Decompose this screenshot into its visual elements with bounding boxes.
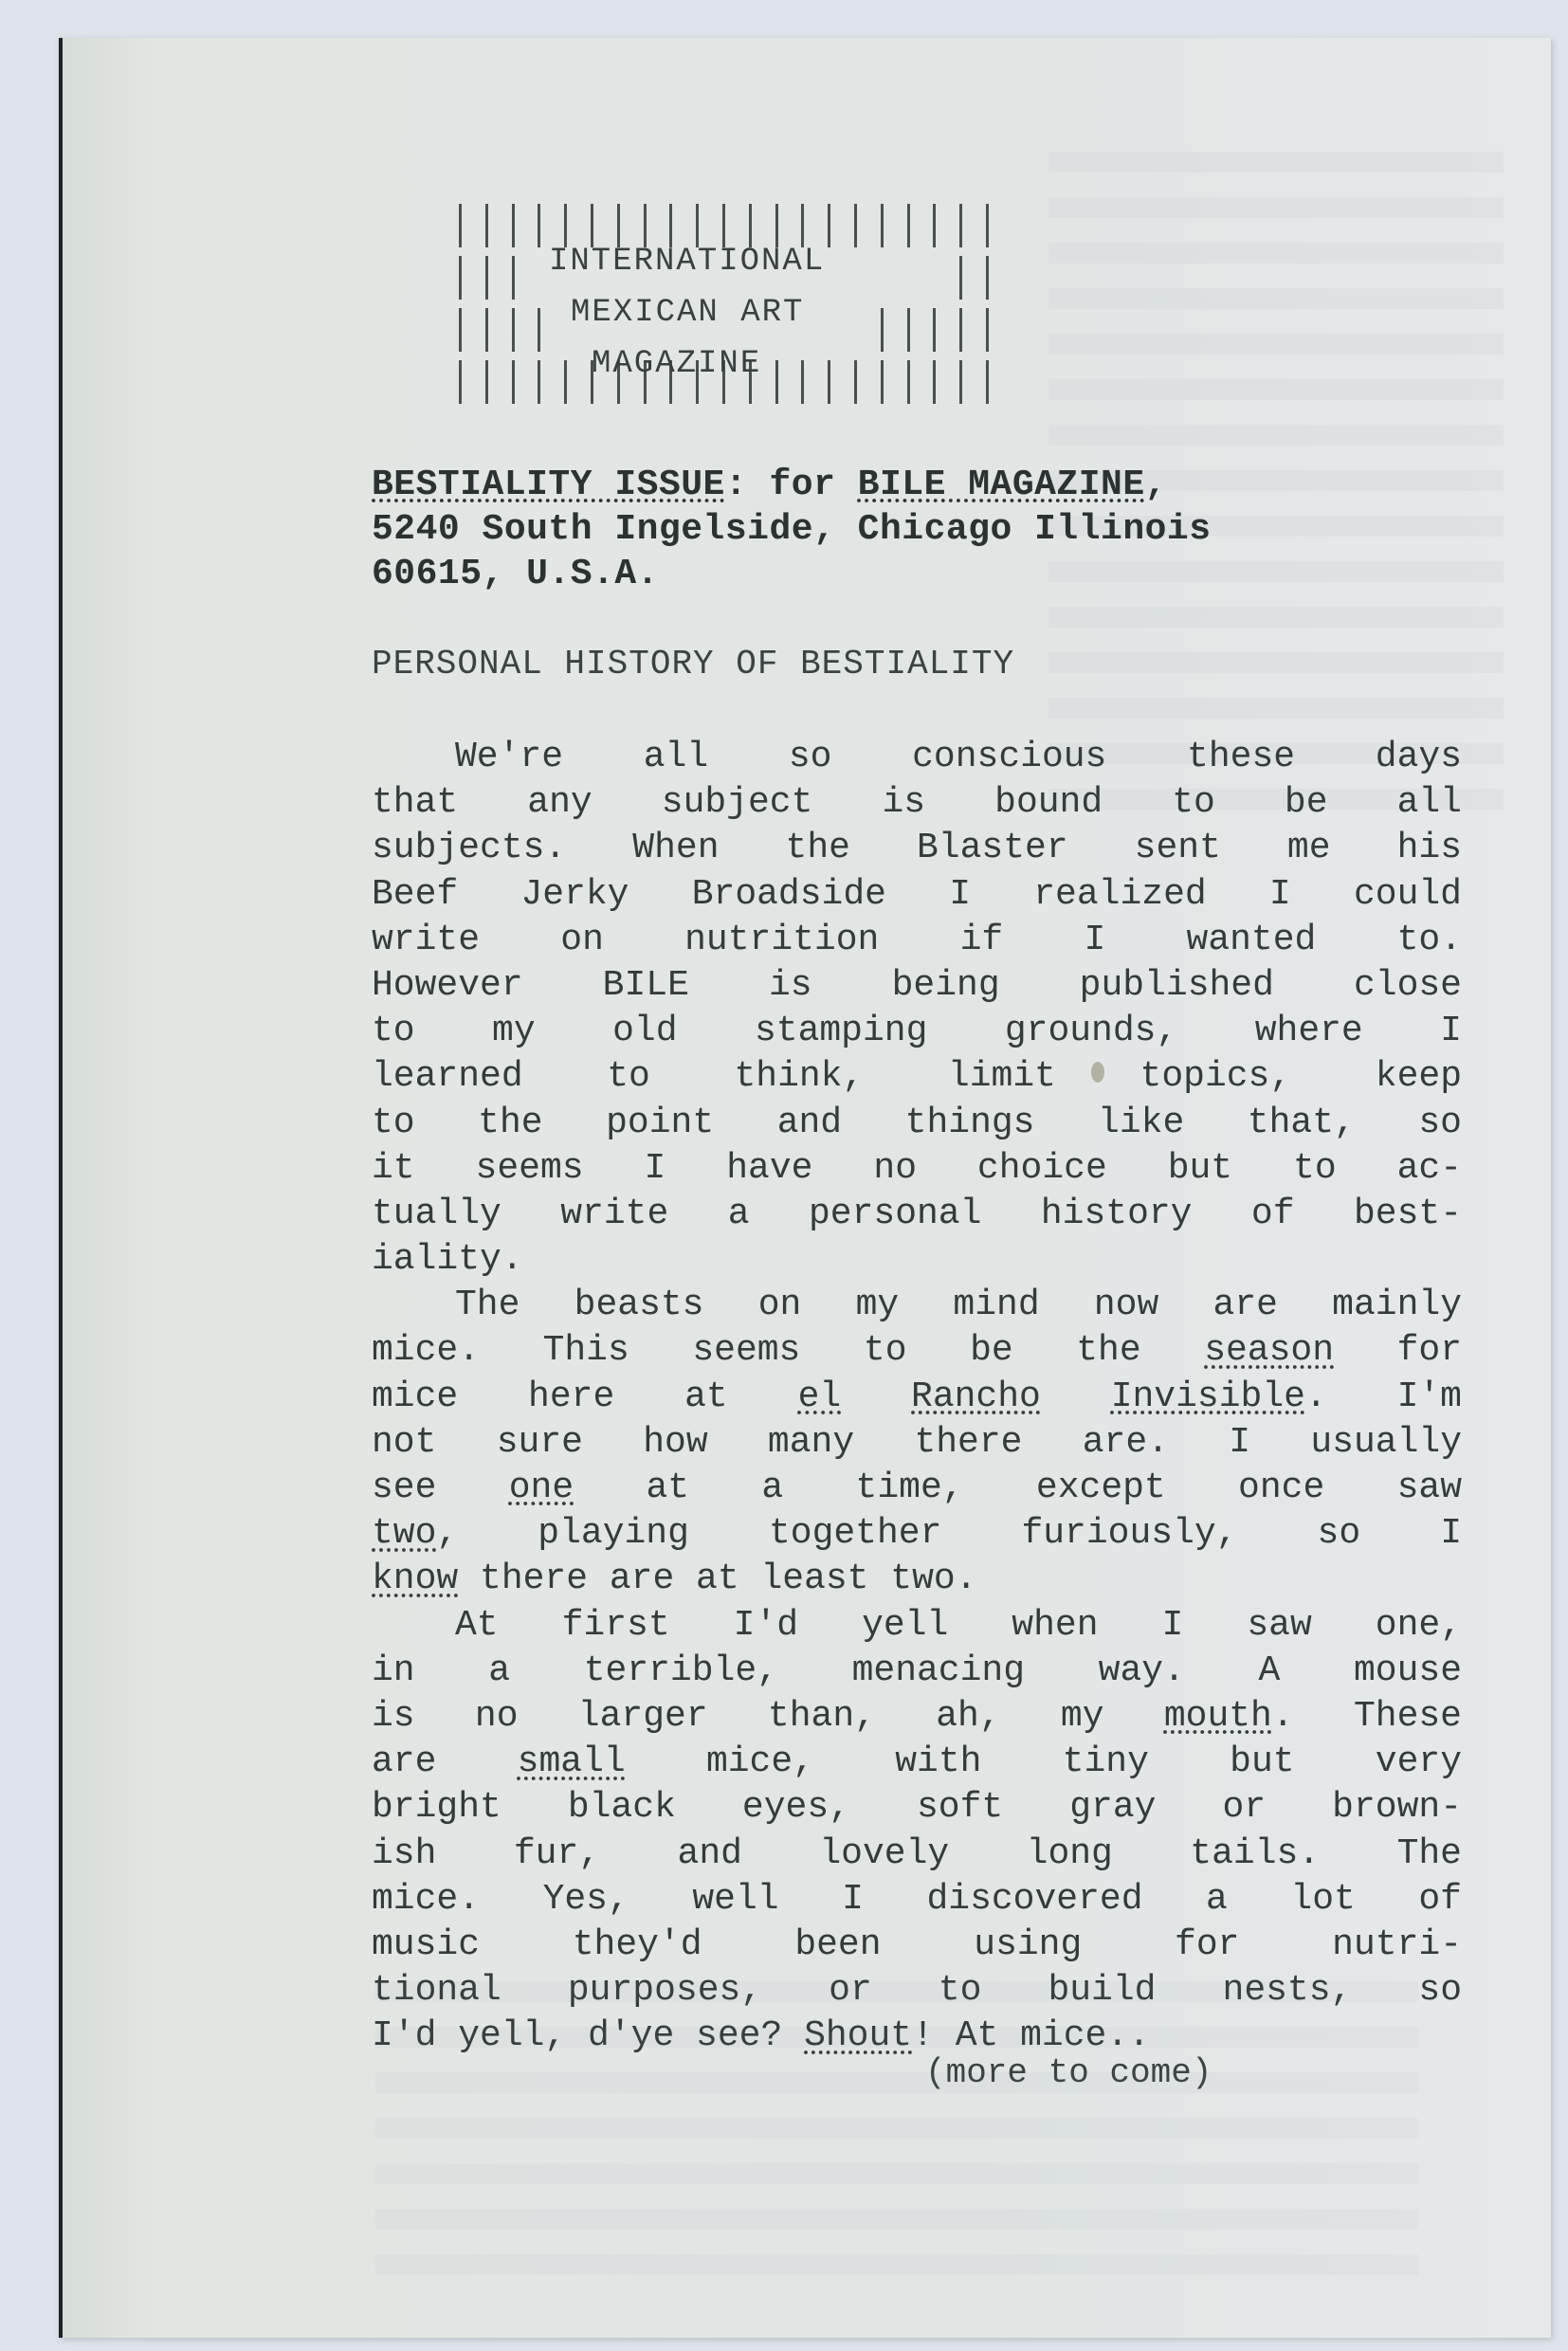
pipe-glyph [933,360,936,404]
pipe-glyph [459,256,462,300]
masthead-line-mexican-art: MEXICAN ART [571,291,804,335]
text-run [841,1376,911,1417]
pipe-glyph [986,308,989,352]
text-line: We're all so conscious these days [372,735,1462,780]
masthead-logo: INTERNATIONAL MEXICAN ART MAGAZINE [459,204,1028,403]
address-block: BESTIALITY ISSUE: for BILE MAGAZINE, 524… [372,463,1443,596]
text-run: music they'd been using for nutri- [372,1924,1462,1965]
pipe-glyph [986,256,989,300]
pipe-glyph [986,360,989,404]
article-body: We're all so conscious these daysthat an… [372,735,1462,2059]
pipe-glyph [512,360,515,404]
text-run: mice here at [372,1376,798,1417]
pipe-glyph [828,360,830,404]
pipe-glyph [775,360,778,404]
text-run: for [1334,1330,1462,1371]
pipe-glyph [828,204,830,247]
text-run: iality. [372,1239,523,1280]
article-heading: PERSONAL HISTORY OF BESTIALITY [372,645,1014,683]
text-run: at a time, except once saw [574,1467,1462,1508]
text-run: , playing together furiously, so I [436,1513,1462,1554]
text-line: subjects. When the Blaster sent me his [372,826,1462,871]
text-line: learned to think, limit topics, keep [372,1054,1462,1100]
pipe-glyph [801,360,804,404]
text-line: At first I'd yell when I saw one, [372,1603,1462,1649]
underlined-word: Invisible [1111,1376,1305,1417]
address-line-3: 60615, U.S.A. [372,552,1443,596]
text-run: that any subject is bound to be all [372,782,1462,823]
paper-stain [1091,1062,1104,1083]
text-run: write on nutrition if I wanted to. [372,920,1462,960]
text-line: tional purposes, or to build nests, so [372,1968,1462,2014]
pipe-glyph [933,204,936,247]
magazine-name: BILE MAGAZINE [858,465,1145,505]
underlined-word: mouth [1164,1696,1272,1737]
text-run: I'd yell, d'ye see? [372,2015,804,2056]
text-line: it seems I have no choice but to ac- [372,1146,1462,1192]
masthead-line-international: INTERNATIONAL [549,240,825,283]
pipe-glyph [907,204,910,247]
pipe-glyph [512,204,515,247]
pipe-glyph [538,308,540,352]
pipe-glyph [512,256,515,300]
text-line: mice. Yes, well I discovered a lot of [372,1877,1462,1923]
pipe-glyph [485,360,488,404]
text-run: mice. This seems to be the [372,1330,1204,1371]
text-run: tually write a personal history of best- [372,1194,1462,1234]
underlined-word: season [1204,1330,1334,1371]
pipe-glyph [907,360,910,404]
text-run: in a terrible, menacing way. A mouse [372,1650,1462,1691]
text-run: to my old stamping grounds, where I [372,1011,1462,1051]
underlined-word: know [372,1558,458,1599]
text-line: The beasts on my mind now are mainly [372,1283,1462,1328]
text-run: are [372,1741,518,1782]
text-run: bright black eyes, soft gray or brown- [372,1787,1462,1828]
text-run: to the point and things like that, so [372,1103,1462,1143]
address-text: : for [725,465,858,505]
text-run: We're all so conscious these days [455,737,1462,777]
pipe-glyph [459,308,462,352]
pipe-glyph [907,308,910,352]
text-line: that any subject is bound to be all [372,780,1462,826]
pipe-glyph [881,204,884,247]
text-line: to the point and things like that, so [372,1101,1462,1146]
pipe-glyph [564,360,567,404]
underlined-word: two [372,1513,436,1554]
text-run: not sure how many there are. I usually [372,1422,1462,1463]
text-run: . I'm [1305,1376,1462,1417]
address-text: , [1145,465,1167,505]
pipe-glyph [933,308,936,352]
text-run: it seems I have no choice but to ac- [372,1148,1462,1189]
text-run: . These [1272,1696,1462,1737]
text-line: not sure how many there are. I usually [372,1420,1462,1466]
text-run: Beef Jerky Broadside I realized I could [372,874,1462,915]
text-run: At first I'd yell when I saw one, [455,1605,1462,1646]
pipe-glyph [485,308,488,352]
pipe-glyph [959,360,962,404]
pipe-glyph [459,204,462,247]
pipe-glyph [881,360,884,404]
underlined-word: small [518,1741,626,1782]
pipe-glyph [986,204,989,247]
pipe-glyph [959,256,962,300]
issue-title: BESTIALITY ISSUE [372,465,725,505]
underlined-word: el [798,1376,842,1417]
text-line: However BILE is being published close [372,963,1462,1009]
text-line: know there are at least two. [372,1557,1462,1602]
underlined-word: one [509,1467,574,1508]
text-line: mice here at el Rancho Invisible. I'm [372,1375,1462,1420]
text-run: ! At mice.. [912,2015,1150,2056]
text-line: write on nutrition if I wanted to. [372,918,1462,963]
text-run: However BILE is being published close [372,965,1462,1006]
pipe-glyph [959,204,962,247]
text-line: I'd yell, d'ye see? Shout! At mice.. [372,2014,1462,2059]
text-line: is no larger than, ah, my mouth. These [372,1694,1462,1740]
text-run: is no larger than, ah, my [372,1696,1164,1737]
text-run: mice, with tiny but very [626,1741,1462,1782]
text-line: two, playing together furiously, so I [372,1511,1462,1557]
text-run [1041,1376,1111,1417]
continued-note: (more to come) [925,2053,1212,2092]
pipe-glyph [881,308,884,352]
address-line-1: BESTIALITY ISSUE: for BILE MAGAZINE, [372,463,1443,507]
pipe-glyph [485,204,488,247]
masthead-line-magazine: MAGAZINE [592,342,761,386]
text-run: there are at least two. [458,1558,976,1599]
pipe-glyph [959,308,962,352]
pipe-glyph [459,360,462,404]
text-line: in a terrible, menacing way. A mouse [372,1649,1462,1694]
text-run: learned to think, limit topics, keep [372,1056,1462,1097]
text-line: iality. [372,1237,1462,1283]
text-line: music they'd been using for nutri- [372,1923,1462,1968]
text-run: see [372,1467,509,1508]
pipe-glyph [485,256,488,300]
pipe-glyph [512,308,515,352]
text-line: mice. This seems to be the season for [372,1328,1462,1374]
text-run: subjects. When the Blaster sent me his [372,828,1462,868]
underlined-word: Shout [804,2015,912,2056]
text-run: mice. Yes, well I discovered a lot of [372,1879,1462,1920]
text-run: tional purposes, or to build nests, so [372,1970,1462,2011]
text-line: see one at a time, except once saw [372,1466,1462,1511]
text-line: bright black eyes, soft gray or brown- [372,1785,1462,1831]
text-line: are small mice, with tiny but very [372,1740,1462,1785]
pipe-glyph [538,360,540,404]
text-line: tually write a personal history of best- [372,1192,1462,1237]
pipe-glyph [854,360,857,404]
typewritten-page: INTERNATIONAL MEXICAN ART MAGAZINE BESTI… [59,38,1551,2338]
text-line: Beef Jerky Broadside I realized I could [372,872,1462,918]
text-line: to my old stamping grounds, where I [372,1009,1462,1054]
text-run: ish fur, and lovely long tails. The [372,1833,1462,1874]
text-line: ish fur, and lovely long tails. The [372,1832,1462,1877]
address-line-2: 5240 South Ingelside, Chicago Illinois [372,507,1443,552]
pipe-glyph [538,204,540,247]
pipe-glyph [854,204,857,247]
underlined-word: Rancho [911,1376,1041,1417]
text-run: The beasts on my mind now are mainly [455,1285,1462,1325]
